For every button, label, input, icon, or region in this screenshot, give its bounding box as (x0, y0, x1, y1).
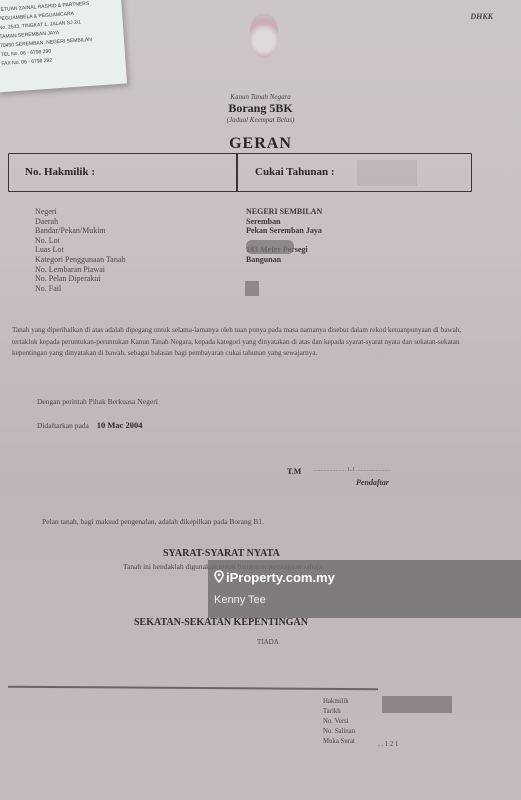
field-label: Bandar/Pekan/Mukim (35, 226, 125, 236)
registered-date: 10 Mac 2004 (97, 420, 143, 430)
footer-labels: Hakmilik Tarikh No. Versi No. Salinan Mu… (323, 697, 355, 747)
watermark-brand: iProperty.com.my (214, 570, 335, 585)
field-label: No. Pelan Diperakui (35, 274, 125, 284)
footer-label: Tarikh (323, 707, 355, 717)
signature-line: ...................... L.I .............… (313, 467, 391, 473)
document-title: GERAN (0, 135, 521, 153)
field-label: Kategori Penggunaan Tanah (35, 255, 125, 265)
location-pin-icon (214, 570, 224, 583)
field-label: No. Fail (35, 284, 125, 294)
title-box: No. Hakmilik : Cukai Tahunan : (8, 153, 472, 192)
field-label: No. Lot (35, 236, 125, 246)
listing-watermark: iProperty.com.my Kenny Tee (208, 560, 521, 618)
state-crest-icon (250, 14, 278, 58)
form-subtitle: (Jadual Keempat Belas) (0, 116, 521, 124)
registered-label: Didaftarkan pada (37, 421, 89, 430)
field-value: NEGERI SEMBILAN (246, 207, 322, 217)
field-label: No. Lembaran Piawai (35, 265, 125, 275)
hakmilik-label: No. Hakmilik : (25, 166, 95, 178)
footer-label: No. Versi (323, 717, 355, 727)
field-value: Seremban (246, 217, 322, 227)
restrictions-text: TIADA (257, 638, 279, 646)
registered-line: Didaftarkan pada 10 Mac 2004 (37, 420, 143, 430)
field-value: Bangunan (246, 255, 322, 265)
lawyer-address-sticker: TETUAN ZAINAL RASHID & PARTNERS PEGUAMBE… (0, 0, 127, 92)
redacted-block (357, 160, 417, 186)
field-label: Daerah (35, 217, 125, 227)
agent-name: Kenny Tee (214, 594, 266, 606)
form-name: Borang 5BK (0, 101, 521, 116)
redacted-lot-number (246, 240, 294, 254)
office-name: Kanun Tanah Negara (0, 93, 521, 101)
field-labels: Negeri Daerah Bandar/Pekan/Mukim No. Lot… (35, 207, 125, 293)
cukai-label: Cukai Tahunan : (255, 166, 335, 178)
field-value: Pekan Seremban Jaya (246, 226, 322, 236)
express-conditions-heading: SYARAT-SYARAT NYATA (163, 548, 280, 559)
page-number: . . 1 2 1 (378, 740, 398, 750)
registrar-label: Pendaftar (356, 478, 389, 487)
field-label: Negeri (35, 207, 125, 217)
brand-name: iProperty.com.my (226, 570, 335, 585)
field-value (246, 265, 322, 275)
footer-label: Muka Surat (323, 737, 355, 747)
tenure-paragraph: Tanah yang diperihalkan di atas adalah d… (12, 325, 472, 360)
restrictions-heading: SEKATAN-SEKATAN KEPENTINGAN (134, 617, 308, 628)
footer-label: Hakmilik (323, 697, 355, 707)
footer-label: No. Salinan (323, 727, 355, 737)
footer-rule (8, 686, 378, 690)
plan-note: Pelan tanah, bagi maksud pengenalan, ada… (42, 517, 264, 526)
form-code: DHKK (470, 12, 493, 21)
redacted-sheet-number (245, 281, 259, 296)
tm-label: T.M (287, 467, 301, 476)
field-label: Luas Lot (35, 245, 125, 255)
authority-text: Dengan perintah Pihak Berkuasa Negeri (37, 397, 158, 406)
box-divider (236, 154, 238, 191)
redacted-title-number (382, 696, 452, 713)
